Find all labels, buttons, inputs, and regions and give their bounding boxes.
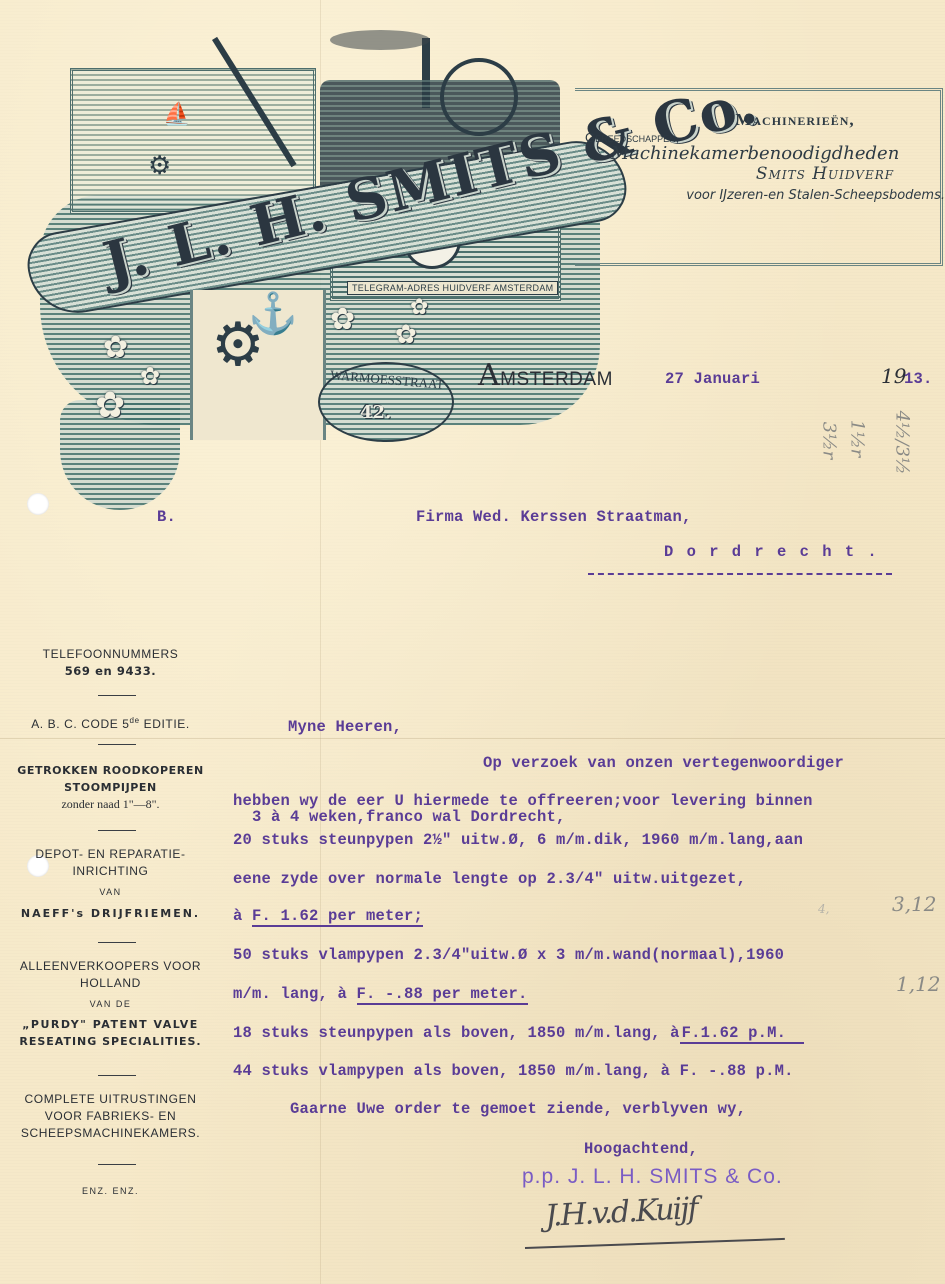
heading-smits-huidverf: Smits Huidverf <box>705 164 945 184</box>
pencil-note: 3,12 <box>892 892 937 916</box>
sidebar-alleen-2: HOLLAND <box>8 975 213 992</box>
tools-panel: ⚙ ⚓ <box>190 290 326 440</box>
body-line: 50 stuks vlampypen 2.3/4"uitw.Ø x 3 m/m.… <box>233 946 784 964</box>
sidebar-purdy-2: RESEATING SPECIALITIES. <box>8 1033 213 1050</box>
sidebar-enz: ENZ. ENZ. <box>8 1183 213 1200</box>
sidebar-alleen-3: VAN DE <box>8 996 213 1013</box>
flywheel-icon <box>440 58 518 136</box>
year-printed: 19 <box>881 364 906 388</box>
sidebar-depot-1: DEPOT- EN REPARATIE- <box>8 846 213 863</box>
sidebar-divider <box>98 1075 136 1076</box>
city-initial: A <box>478 358 500 393</box>
sidebar-depot-3: VAN <box>8 884 213 901</box>
signature: J.H.v.d.Kuijf <box>544 1191 697 1234</box>
recipient-city: D o r d r e c h t . <box>664 543 879 561</box>
sidebar-depot-2: INRICHTING <box>8 863 213 880</box>
telegram-address: TELEGRAM-ADRES HUIDVERF AMSTERDAM <box>347 281 558 295</box>
paper-fold-horizontal <box>0 738 945 739</box>
sidebar-purdy-1: „PURDY" PATENT VALVE <box>8 1016 213 1033</box>
sidebar-getrokken-3: zonder naad 1"—8". <box>8 796 213 813</box>
pencil-note: 4½/3½ <box>891 411 912 475</box>
recipient-name: Firma Wed. Kerssen Straatman, <box>416 508 692 526</box>
flower-icon: ✿ <box>410 296 428 318</box>
city-rest: MSTERDAM <box>500 369 613 390</box>
sidebar-getrokken-1: GETROKKEN ROODKOPEREN <box>8 762 213 779</box>
heading-scheepsbodems: voor IJzeren-en Stalen-Scheepsbodems. <box>585 188 945 203</box>
flower-icon: ✿ <box>330 305 355 335</box>
sidebar-divider <box>98 830 136 831</box>
body-line: Op verzoek van onzen vertegenwoordiger <box>483 754 844 772</box>
sidebar-divider <box>98 1164 136 1165</box>
company-stamp: p.p. J. L. H. SMITS & Co. <box>522 1165 783 1189</box>
body-line: 3 à 4 weken,franco wal Dordrecht, <box>233 808 566 826</box>
sidebar-complete-3: SCHEEPSMACHINEKAMERS. <box>8 1125 213 1142</box>
year-typed: 13. <box>904 370 933 388</box>
recipient-underline <box>588 573 892 575</box>
sidebar-complete-1: COMPLETE UITRUSTINGEN <box>8 1091 213 1108</box>
sidebar-divider <box>98 695 136 696</box>
letter-date: 27 Januari <box>665 370 760 388</box>
body-line: 44 stuks vlampypen als boven, 1850 m/m.l… <box>233 1062 794 1080</box>
steam-engine-icon: ⚙ <box>148 151 171 181</box>
business-headings: Machinerieën, Gereedschappen, Machinekam… <box>585 110 945 203</box>
sidebar-complete-2: VOOR FABRIEKS- EN <box>8 1108 213 1125</box>
pencil-note: 4, <box>818 902 829 916</box>
sidebar-abc-code: A. B. C. CODE 5de EDITIE. <box>8 712 213 733</box>
sidebar-divider <box>98 744 136 745</box>
price-3: F.1.62 p.M. <box>680 1024 805 1044</box>
anchor-tool-icon: ⚓ <box>248 290 298 337</box>
flower-icon: ✿ <box>140 365 160 389</box>
city: AMSTERDAM <box>478 358 613 393</box>
price-line-2: m/m. lang, à F. -.88 per meter. <box>233 985 528 1003</box>
smoke-icon <box>330 30 430 50</box>
pencil-note: 3½r <box>818 422 839 460</box>
sidebar-naeff: NAEFF's DRIJFRIEMEN. <box>8 905 213 922</box>
sailing-ship-icon: ⛵ <box>163 101 190 127</box>
sidebar-divider <box>98 942 136 943</box>
price-1: F. 1.62 per meter; <box>252 907 423 927</box>
pencil-note: 1½r <box>846 420 867 458</box>
price-line-3: 18 stuks steunpypen als boven, 1850 m/m.… <box>233 1024 804 1042</box>
punch-hole-top <box>27 493 49 515</box>
body-line: Gaarne Uwe order te gemoet ziende, verbl… <box>290 1100 746 1118</box>
flower-icon: ✿ <box>103 333 128 363</box>
price-2: F. -.88 per meter. <box>357 985 528 1005</box>
price-line-1: à F. 1.62 per meter; <box>233 907 423 925</box>
sidebar-telephone-label: TELEFOONNUMMERS <box>8 646 213 663</box>
salutation: Myne Heeren, <box>288 718 402 736</box>
body-line: eene zyde over normale lengte op 2.3/4" … <box>233 870 746 888</box>
sidebar-telephone-numbers: 569 en 9433. <box>8 663 213 680</box>
pencil-note: 1,12 <box>896 972 941 996</box>
flower-icon: ✿ <box>95 387 125 423</box>
heading-machinekamer: Machinekamerbenoodigdheden <box>565 143 945 164</box>
signature-underline <box>525 1238 785 1249</box>
reference-mark: B. <box>157 508 176 526</box>
closing: Hoogachtend, <box>584 1140 698 1158</box>
sidebar-alleen-1: ALLEENVERKOOPERS VOOR <box>8 958 213 975</box>
sidebar-getrokken-2: STOOMPIJPEN <box>8 779 213 796</box>
house-number: 42. <box>360 402 391 423</box>
body-line: 20 stuks steunpypen 2½" uitw.Ø, 6 m/m.di… <box>233 831 803 849</box>
flower-icon: ✿ <box>395 322 417 348</box>
heading-machinerieen: Machinerieën, <box>645 110 945 130</box>
